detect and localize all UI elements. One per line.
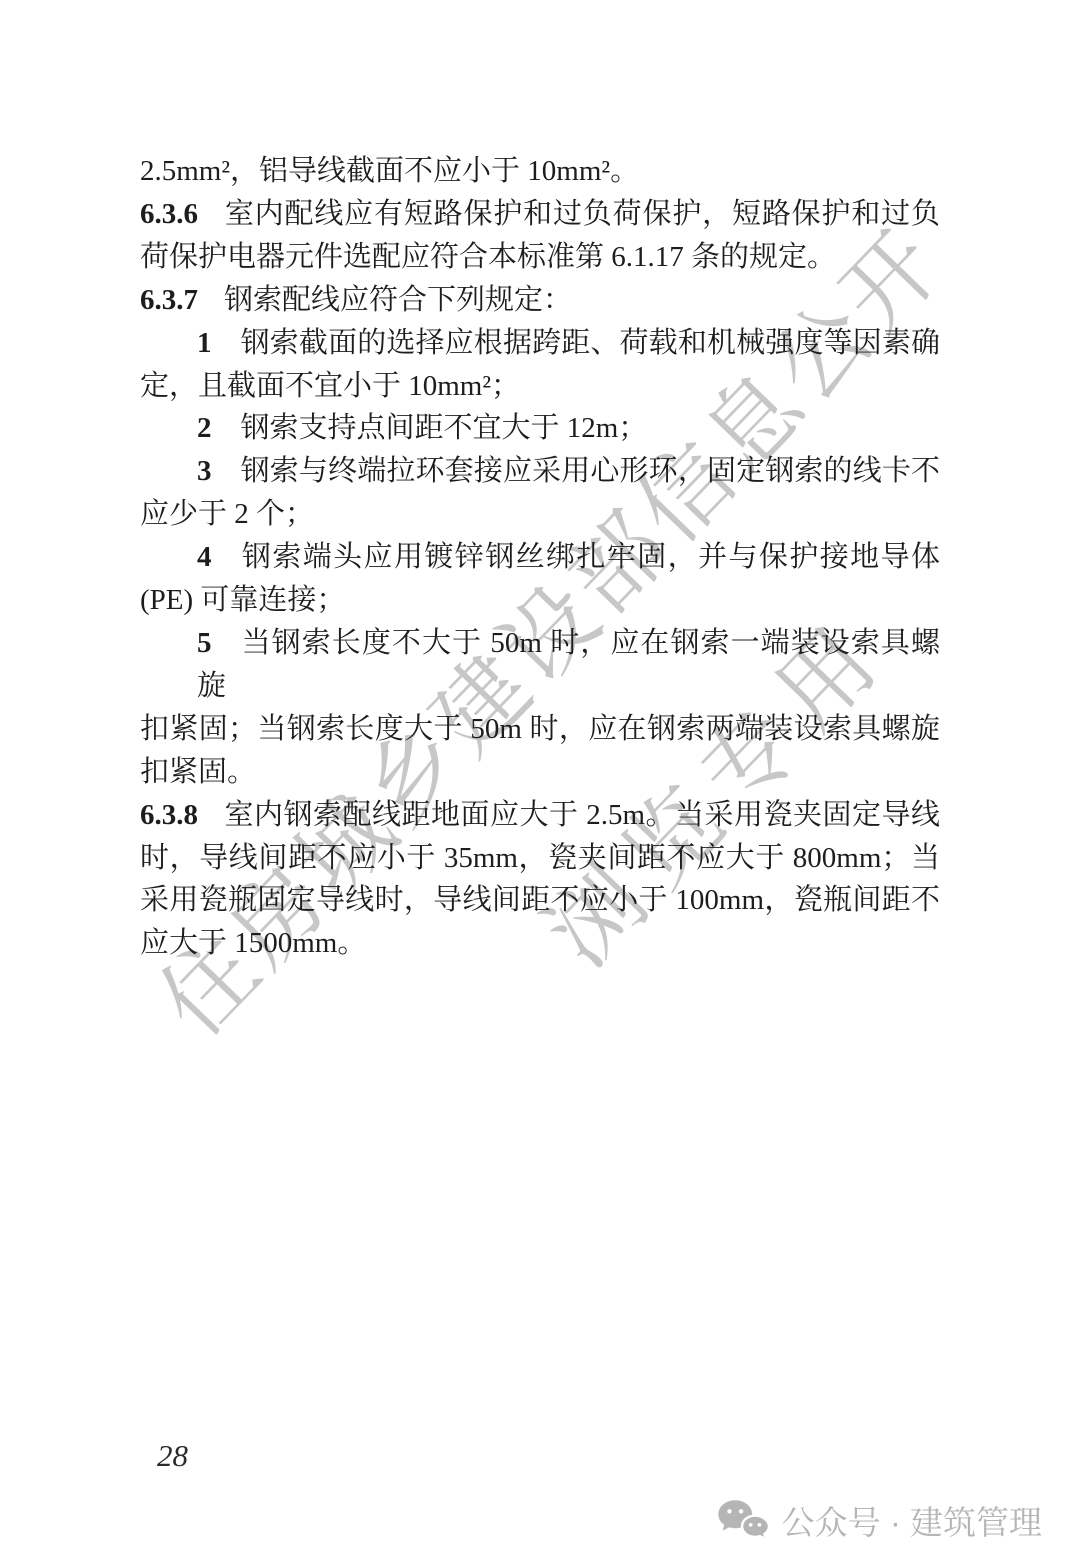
text-line: 应大于 1500mm。: [140, 922, 940, 965]
item-number: 5: [197, 627, 212, 659]
text-line: 6.3.8室内钢索配线距地面应大于 2.5m。当采用瓷夹固定导线: [140, 794, 940, 837]
item-number: 4: [197, 541, 212, 573]
text-line: 6.3.6室内配线应有短路保护和过负荷保护，短路保护和过负: [140, 193, 940, 236]
text-line: 定，且截面不宜小于 10mm²；: [140, 365, 940, 408]
item-number: 2: [197, 412, 212, 444]
text-line: 6.3.7钢索配线应符合下列规定：: [140, 279, 940, 322]
document-body: 2.5mm²，铝导线截面不应小于 10mm²。6.3.6室内配线应有短路保护和过…: [140, 150, 940, 965]
text-line: 应少于 2 个；: [140, 493, 940, 536]
clause-number: 6.3.6: [140, 198, 198, 230]
clause-number: 6.3.8: [140, 799, 198, 831]
text-line: 扣紧固；当钢索长度大于 50m 时，应在钢索两端装设索具螺旋: [140, 708, 940, 751]
wechat-icon: [715, 1498, 771, 1543]
text-line: 1钢索截面的选择应根据跨距、荷载和机械强度等因素确: [140, 322, 940, 365]
text-line: 2.5mm²，铝导线截面不应小于 10mm²。: [140, 150, 940, 193]
footer-badge: 公众号 · 建筑管理: [715, 1497, 1042, 1544]
footer-badge-text: 公众号 · 建筑管理: [782, 1497, 1042, 1544]
text-line: 扣紧固。: [140, 751, 940, 794]
clause-number: 6.3.7: [140, 284, 198, 316]
document-page: 住房城乡建设部信息公开 浏览专用 2.5mm²，铝导线截面不应小于 10mm²。…: [0, 0, 1080, 1564]
text-line: 荷保护电器元件选配应符合本标准第 6.1.17 条的规定。: [140, 236, 940, 279]
text-line: 3钢索与终端拉环套接应采用心形环，固定钢索的线卡不: [140, 450, 940, 493]
page-number: 28: [157, 1438, 188, 1474]
text-line: 时，导线间距不应小于 35mm，瓷夹间距不应大于 800mm；当: [140, 837, 940, 880]
item-number: 3: [197, 455, 212, 487]
text-line: 采用瓷瓶固定导线时，导线间距不应小于 100mm，瓷瓶间距不: [140, 879, 940, 922]
text-line: (PE) 可靠连接；: [140, 579, 940, 622]
text-line: 4钢索端头应用镀锌钢丝绑扎牢固，并与保护接地导体: [140, 536, 940, 579]
item-number: 1: [197, 327, 212, 359]
text-line: 5当钢索长度不大于 50m 时，应在钢索一端装设索具螺旋: [140, 622, 940, 708]
text-line: 2钢索支持点间距不宜大于 12m；: [140, 407, 940, 450]
